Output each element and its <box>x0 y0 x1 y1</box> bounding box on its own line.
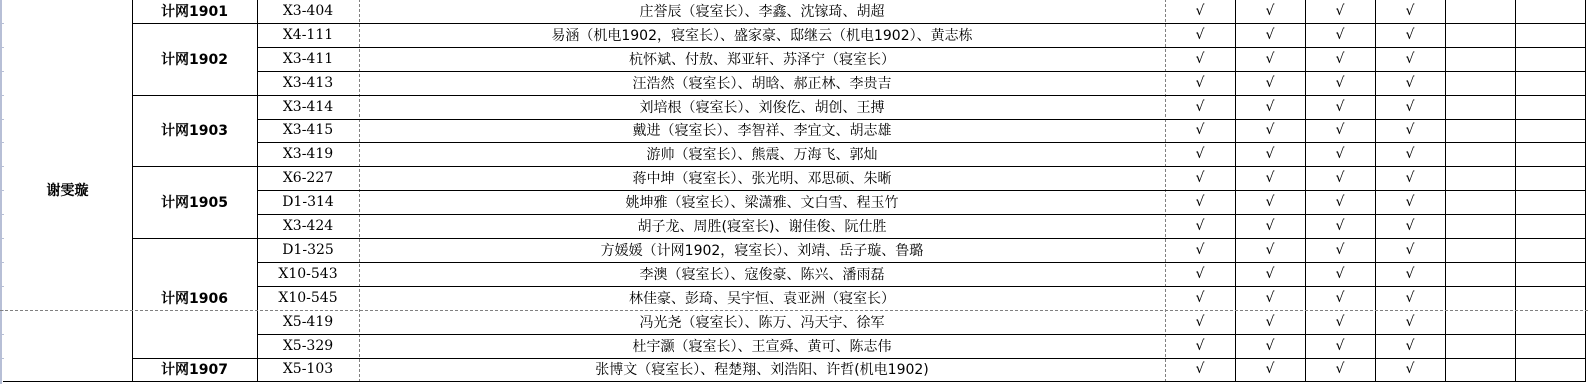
members-cell[interactable]: 姚坤雅（寝室长）、梁潇雅、文白雪、程玉竹 <box>359 190 1165 214</box>
checkmark-icon: √ <box>1196 290 1205 306</box>
check-cell[interactable]: √ <box>1165 71 1235 95</box>
class-cell[interactable]: 计网1907 <box>132 358 257 382</box>
class-label: 计网1902 <box>161 49 228 69</box>
members-text: 胡子龙、周胜(寝室长)、谢佳俊、阮仕胜 <box>638 216 887 236</box>
check-cell[interactable]: √ <box>1165 142 1235 166</box>
check-cell[interactable] <box>1515 71 1585 95</box>
check-cell[interactable] <box>1445 190 1515 214</box>
members-cell[interactable]: 冯光尧（寝室长）、陈万、冯天宇、徐军 <box>359 310 1165 334</box>
room-cell[interactable]: X3-414 <box>257 95 359 119</box>
checkmark-icon: √ <box>1196 122 1205 138</box>
members-text: 蒋中坤（寝室长）、张光明、邓思硕、朱晰 <box>633 168 892 188</box>
check-cell[interactable]: √ <box>1305 166 1375 190</box>
check-cell[interactable] <box>1515 0 1585 23</box>
grid-hline <box>132 358 257 359</box>
checkmark-icon: √ <box>1196 146 1205 162</box>
members-cell[interactable]: 汪浩然（寝室长）、胡晗、郝正林、李贵吉 <box>359 71 1165 95</box>
check-cell[interactable] <box>1445 95 1515 119</box>
members-text: 游帅（寝室长）、熊震、万海飞、郭灿 <box>647 144 878 164</box>
checkmark-icon: √ <box>1196 99 1205 115</box>
check-cell[interactable] <box>1445 71 1515 95</box>
members-cell[interactable]: 林佳豪、彭琦、吴宇恒、袁亚洲（寝室长） <box>359 286 1165 310</box>
grid-hline <box>132 23 257 24</box>
room-number: D1-314 <box>282 194 334 210</box>
checkmark-icon: √ <box>1266 27 1275 43</box>
check-cell[interactable]: √ <box>1305 0 1375 23</box>
check-cell[interactable]: √ <box>1165 95 1235 119</box>
check-cell[interactable]: √ <box>1235 262 1305 286</box>
checkmark-icon: √ <box>1336 266 1345 282</box>
members-text: 方媛媛（计网1902，寝室长）、刘靖、岳子璇、鲁璐 <box>601 240 924 260</box>
room-cell[interactable]: X5-329 <box>257 334 359 358</box>
checkmark-icon: √ <box>1266 194 1275 210</box>
members-text: 庄誉辰（寝室长）、李鑫、沈镓琦、胡超 <box>640 1 885 21</box>
check-cell[interactable]: √ <box>1375 214 1445 238</box>
check-cell[interactable]: √ <box>1375 286 1445 310</box>
check-cell[interactable]: √ <box>1165 47 1235 71</box>
members-cell[interactable]: 杭怀斌、付敖、郑亚轩、苏泽宁（寝室长） <box>359 47 1165 71</box>
grid-vline <box>1375 0 1376 382</box>
check-cell[interactable]: √ <box>1235 119 1305 143</box>
class-cell[interactable]: 计网1901 <box>132 0 257 23</box>
check-cell[interactable] <box>1515 214 1585 238</box>
room-cell[interactable]: X6-227 <box>257 166 359 190</box>
checkmark-icon: √ <box>1406 314 1415 330</box>
check-cell[interactable] <box>1445 334 1515 358</box>
members-text: 易涵（机电1902，寝室长）、盛家豪、邸继云（机电1902）、黄志栋 <box>551 25 972 45</box>
check-cell[interactable] <box>1515 286 1585 310</box>
check-cell[interactable] <box>1445 286 1515 310</box>
members-cell[interactable]: 李澳（寝室长）、寇俊豪、陈兴、潘雨磊 <box>359 262 1165 286</box>
grid-hline <box>257 190 1585 191</box>
checkmark-icon: √ <box>1266 290 1275 306</box>
checkmark-icon: √ <box>1336 290 1345 306</box>
check-cell[interactable] <box>1515 119 1585 143</box>
checkmark-icon: √ <box>1406 218 1415 234</box>
grid-vline <box>257 0 258 382</box>
check-cell[interactable]: √ <box>1305 47 1375 71</box>
check-cell[interactable]: √ <box>1375 71 1445 95</box>
members-cell[interactable]: 方媛媛（计网1902，寝室长）、刘靖、岳子璇、鲁璐 <box>359 238 1165 262</box>
check-cell[interactable]: √ <box>1235 166 1305 190</box>
check-cell[interactable] <box>1445 214 1515 238</box>
check-cell[interactable] <box>1515 238 1585 262</box>
members-text: 张博文（寝室长）、程楚翔、刘浩阳、许哲(机电1902) <box>595 359 929 379</box>
check-cell[interactable]: √ <box>1375 95 1445 119</box>
room-number: X3-414 <box>283 99 333 115</box>
room-number: X10-545 <box>278 290 337 306</box>
check-cell[interactable]: √ <box>1305 238 1375 262</box>
check-cell[interactable]: √ <box>1235 0 1305 23</box>
members-text: 姚坤雅（寝室长）、梁潇雅、文白雪、程玉竹 <box>626 192 899 212</box>
class-cell[interactable]: 计网1903 <box>132 95 257 167</box>
check-cell[interactable] <box>1515 358 1585 382</box>
room-cell[interactable]: X5-103 <box>257 358 359 382</box>
room-cell[interactable]: X3-419 <box>257 142 359 166</box>
grid-hline <box>132 238 257 239</box>
check-cell[interactable] <box>1515 95 1585 119</box>
members-cell[interactable]: 庄誉辰（寝室长）、李鑫、沈镓琦、胡超 <box>359 0 1165 23</box>
check-cell[interactable]: √ <box>1305 334 1375 358</box>
check-cell[interactable]: √ <box>1235 238 1305 262</box>
checkmark-icon: √ <box>1266 338 1275 354</box>
checkmark-icon: √ <box>1266 218 1275 234</box>
checkmark-icon: √ <box>1336 218 1345 234</box>
check-cell[interactable]: √ <box>1165 166 1235 190</box>
check-cell[interactable]: √ <box>1235 23 1305 47</box>
checkmark-icon: √ <box>1336 194 1345 210</box>
check-cell[interactable] <box>1515 190 1585 214</box>
check-cell[interactable]: √ <box>1375 262 1445 286</box>
grid-hline <box>257 119 1585 120</box>
room-number: X5-103 <box>283 361 333 377</box>
grid-vline <box>1305 0 1306 382</box>
checkmark-icon: √ <box>1336 170 1345 186</box>
check-cell[interactable]: √ <box>1165 358 1235 382</box>
checkmark-icon: √ <box>1196 27 1205 43</box>
grid-hline <box>257 238 1585 239</box>
check-cell[interactable] <box>1445 0 1515 23</box>
checkmark-icon: √ <box>1406 170 1415 186</box>
members-cell[interactable]: 蒋中坤（寝室长）、张光明、邓思硕、朱晰 <box>359 166 1165 190</box>
page-break-vline <box>359 0 360 382</box>
class-cell[interactable]: 计网1906 <box>132 286 257 310</box>
class-label: 计网1905 <box>161 192 228 212</box>
checkmark-icon: √ <box>1266 3 1275 19</box>
check-cell[interactable]: √ <box>1375 142 1445 166</box>
members-cell[interactable]: 刘培根（寝室长）、刘俊仡、胡创、王搏 <box>359 95 1165 119</box>
members-text: 李澳（寝室长）、寇俊豪、陈兴、潘雨磊 <box>640 264 885 284</box>
check-cell[interactable]: √ <box>1235 95 1305 119</box>
room-cell[interactable]: X3-415 <box>257 119 359 143</box>
members-text: 杜宇灏（寝室长）、王宣舜、黄可、陈志伟 <box>633 336 892 356</box>
checkmark-icon: √ <box>1406 99 1415 115</box>
check-cell[interactable]: √ <box>1165 119 1235 143</box>
check-cell[interactable]: √ <box>1235 310 1305 334</box>
grid-hline <box>257 23 1585 24</box>
check-cell[interactable]: √ <box>1235 286 1305 310</box>
check-cell[interactable] <box>1515 23 1585 47</box>
checkmark-icon: √ <box>1336 146 1345 162</box>
checkmark-icon: √ <box>1196 361 1205 377</box>
checkmark-icon: √ <box>1406 194 1415 210</box>
class-cell[interactable]: 计网1905 <box>132 166 257 238</box>
check-cell[interactable]: √ <box>1165 238 1235 262</box>
checkmark-icon: √ <box>1406 27 1415 43</box>
check-cell[interactable]: √ <box>1165 310 1235 334</box>
room-cell[interactable]: X5-419 <box>257 310 359 334</box>
checkmark-icon: √ <box>1336 51 1345 67</box>
checkmark-icon: √ <box>1266 146 1275 162</box>
grid-hline <box>3 381 132 382</box>
check-cell[interactable]: √ <box>1305 358 1375 382</box>
check-cell[interactable]: √ <box>1375 23 1445 47</box>
members-text: 刘培根（寝室长）、刘俊仡、胡创、王搏 <box>640 97 885 117</box>
check-cell[interactable]: √ <box>1305 71 1375 95</box>
checkmark-icon: √ <box>1336 3 1345 19</box>
checkmark-icon: √ <box>1196 242 1205 258</box>
checkmark-icon: √ <box>1406 338 1415 354</box>
check-cell[interactable] <box>1445 358 1515 382</box>
checkmark-icon: √ <box>1196 194 1205 210</box>
counselor-cell[interactable]: 谢雯璇 <box>3 0 132 383</box>
checkmark-icon: √ <box>1266 242 1275 258</box>
room-cell[interactable]: X3-411 <box>257 47 359 71</box>
members-cell[interactable]: 游帅（寝室长）、熊震、万海飞、郭灿 <box>359 142 1165 166</box>
check-cell[interactable] <box>1445 47 1515 71</box>
checkmark-icon: √ <box>1196 170 1205 186</box>
check-cell[interactable]: √ <box>1305 262 1375 286</box>
checkmark-icon: √ <box>1336 338 1345 354</box>
check-cell[interactable]: √ <box>1235 358 1305 382</box>
check-cell[interactable]: √ <box>1305 190 1375 214</box>
grid-hline <box>257 358 1585 359</box>
checkmark-icon: √ <box>1196 75 1205 91</box>
members-text: 冯光尧（寝室长）、陈万、冯天宇、徐军 <box>640 312 885 332</box>
room-cell[interactable]: X4-111 <box>257 23 359 47</box>
grid-vline <box>1515 0 1516 382</box>
check-cell[interactable] <box>1515 166 1585 190</box>
checkmark-icon: √ <box>1406 266 1415 282</box>
members-text: 汪浩然（寝室长）、胡晗、郝正林、李贵吉 <box>633 73 892 93</box>
check-cell[interactable]: √ <box>1235 214 1305 238</box>
checkmark-icon: √ <box>1406 75 1415 91</box>
counselor-name: 谢雯璇 <box>47 180 89 200</box>
grid-vline <box>1585 0 1586 382</box>
grid-hline <box>257 166 1585 167</box>
room-cell[interactable]: X3-413 <box>257 71 359 95</box>
check-cell[interactable]: √ <box>1235 47 1305 71</box>
check-cell[interactable]: √ <box>1305 23 1375 47</box>
grid-hline <box>132 95 257 96</box>
checkmark-icon: √ <box>1406 3 1415 19</box>
checkmark-icon: √ <box>1196 338 1205 354</box>
room-number: X3-411 <box>283 51 333 67</box>
grid-hline <box>257 334 1585 335</box>
check-cell[interactable] <box>1445 310 1515 334</box>
room-cell[interactable]: X10-543 <box>257 262 359 286</box>
checkmark-icon: √ <box>1266 314 1275 330</box>
grid-hline <box>132 166 257 167</box>
room-number: X6-227 <box>283 170 333 186</box>
grid-hline <box>257 214 1585 215</box>
grid-hline <box>257 381 1585 382</box>
class-label: 计网1901 <box>161 1 228 21</box>
check-cell[interactable]: √ <box>1375 166 1445 190</box>
checkmark-icon: √ <box>1336 27 1345 43</box>
room-cell[interactable]: X3-424 <box>257 214 359 238</box>
class-cell[interactable]: 计网1902 <box>132 23 257 95</box>
check-cell[interactable]: √ <box>1375 310 1445 334</box>
check-cell[interactable] <box>1445 262 1515 286</box>
check-cell[interactable]: √ <box>1305 310 1375 334</box>
check-cell[interactable]: √ <box>1165 23 1235 47</box>
members-cell[interactable]: 杜宇灏（寝室长）、王宣舜、黄可、陈志伟 <box>359 334 1165 358</box>
check-cell[interactable] <box>1445 23 1515 47</box>
checkmark-icon: √ <box>1266 170 1275 186</box>
room-number: D1-325 <box>282 242 334 258</box>
checkmark-icon: √ <box>1266 266 1275 282</box>
grid-hline <box>132 381 257 382</box>
checkmark-icon: √ <box>1336 122 1345 138</box>
checkmark-icon: √ <box>1196 314 1205 330</box>
room-number: X3-424 <box>283 218 333 234</box>
checkmark-icon: √ <box>1406 290 1415 306</box>
check-cell[interactable]: √ <box>1235 71 1305 95</box>
members-cell[interactable]: 胡子龙、周胜(寝室长)、谢佳俊、阮仕胜 <box>359 214 1165 238</box>
members-cell[interactable]: 易涵（机电1902，寝室长）、盛家豪、邸继云（机电1902）、黄志栋 <box>359 23 1165 47</box>
check-cell[interactable]: √ <box>1375 119 1445 143</box>
checkmark-icon: √ <box>1336 75 1345 91</box>
checkmark-icon: √ <box>1406 51 1415 67</box>
class-label: 计网1903 <box>161 120 228 140</box>
checkmark-icon: √ <box>1406 242 1415 258</box>
room-number: X3-413 <box>283 75 333 91</box>
check-cell[interactable]: √ <box>1375 334 1445 358</box>
check-cell[interactable] <box>1515 310 1585 334</box>
checkmark-icon: √ <box>1196 3 1205 19</box>
class-label: 计网1907 <box>161 359 228 379</box>
check-cell[interactable] <box>1445 166 1515 190</box>
check-cell[interactable]: √ <box>1235 190 1305 214</box>
room-number: X3-419 <box>283 146 333 162</box>
check-cell[interactable]: √ <box>1305 95 1375 119</box>
check-cell[interactable]: √ <box>1165 214 1235 238</box>
check-cell[interactable] <box>1515 334 1585 358</box>
room-cell[interactable]: X3-404 <box>257 0 359 23</box>
grid-hline <box>257 95 1585 96</box>
room-cell[interactable]: X10-545 <box>257 286 359 310</box>
checkmark-icon: √ <box>1336 314 1345 330</box>
check-cell[interactable]: √ <box>1165 286 1235 310</box>
room-number: X4-111 <box>283 27 333 43</box>
checkmark-icon: √ <box>1266 122 1275 138</box>
check-cell[interactable]: √ <box>1235 334 1305 358</box>
room-number: X10-543 <box>278 266 337 282</box>
check-cell[interactable]: √ <box>1235 142 1305 166</box>
check-cell[interactable]: √ <box>1375 238 1445 262</box>
row-header-border <box>0 0 2 384</box>
check-cell[interactable] <box>1445 238 1515 262</box>
checkmark-icon: √ <box>1266 75 1275 91</box>
grid-hline <box>257 71 1585 72</box>
grid-vline <box>1445 0 1446 382</box>
check-cell[interactable]: √ <box>1305 142 1375 166</box>
checkmark-icon: √ <box>1406 146 1415 162</box>
check-cell[interactable]: √ <box>1165 334 1235 358</box>
room-number: X5-329 <box>283 338 333 354</box>
check-cell[interactable] <box>1445 142 1515 166</box>
checkmark-icon: √ <box>1196 218 1205 234</box>
check-cell[interactable]: √ <box>1305 119 1375 143</box>
room-number: X3-404 <box>283 3 333 19</box>
check-cell[interactable]: √ <box>1375 358 1445 382</box>
checkmark-icon: √ <box>1336 99 1345 115</box>
checkmark-icon: √ <box>1196 266 1205 282</box>
checkmark-icon: √ <box>1406 122 1415 138</box>
check-cell[interactable] <box>1445 119 1515 143</box>
page-break-hline <box>0 310 1588 311</box>
grid-hline <box>257 142 1585 143</box>
check-cell[interactable]: √ <box>1305 214 1375 238</box>
checkmark-icon: √ <box>1196 51 1205 67</box>
check-cell[interactable]: √ <box>1375 0 1445 23</box>
check-cell[interactable]: √ <box>1305 286 1375 310</box>
members-cell[interactable]: 戴进（寝室长）、李智祥、李宜文、胡志雄 <box>359 119 1165 143</box>
check-cell[interactable]: √ <box>1165 262 1235 286</box>
members-text: 戴进（寝室长）、李智祥、李宜文、胡志雄 <box>633 120 892 140</box>
check-cell[interactable]: √ <box>1375 190 1445 214</box>
class-label: 计网1906 <box>161 288 228 308</box>
class-cell[interactable] <box>132 310 257 358</box>
room-cell[interactable]: D1-314 <box>257 190 359 214</box>
check-cell[interactable]: √ <box>1375 47 1445 71</box>
grid-hline <box>257 286 1585 287</box>
members-cell[interactable]: 张博文（寝室长）、程楚翔、刘浩阳、许哲(机电1902) <box>359 358 1165 382</box>
grid-hline <box>257 262 1585 263</box>
checkmark-icon: √ <box>1406 361 1415 377</box>
grid-vline <box>132 0 133 382</box>
check-cell[interactable]: √ <box>1165 0 1235 23</box>
checkmark-icon: √ <box>1336 361 1345 377</box>
checkmark-icon: √ <box>1266 361 1275 377</box>
check-cell[interactable] <box>1515 142 1585 166</box>
members-text: 林佳豪、彭琦、吴宇恒、袁亚洲（寝室长） <box>629 288 895 308</box>
room-number: X3-415 <box>283 122 333 138</box>
checkmark-icon: √ <box>1266 99 1275 115</box>
checkmark-icon: √ <box>1336 242 1345 258</box>
grid-hline <box>257 47 1585 48</box>
check-cell[interactable]: √ <box>1165 190 1235 214</box>
check-cell[interactable] <box>1515 47 1585 71</box>
checkmark-icon: √ <box>1266 51 1275 67</box>
check-cell[interactable] <box>1515 262 1585 286</box>
page-break-vline <box>1165 0 1166 382</box>
room-number: X5-419 <box>283 314 333 330</box>
grid-vline <box>1235 0 1236 382</box>
members-text: 杭怀斌、付敖、郑亚轩、苏泽宁（寝室长） <box>629 49 895 69</box>
room-cell[interactable]: D1-325 <box>257 238 359 262</box>
